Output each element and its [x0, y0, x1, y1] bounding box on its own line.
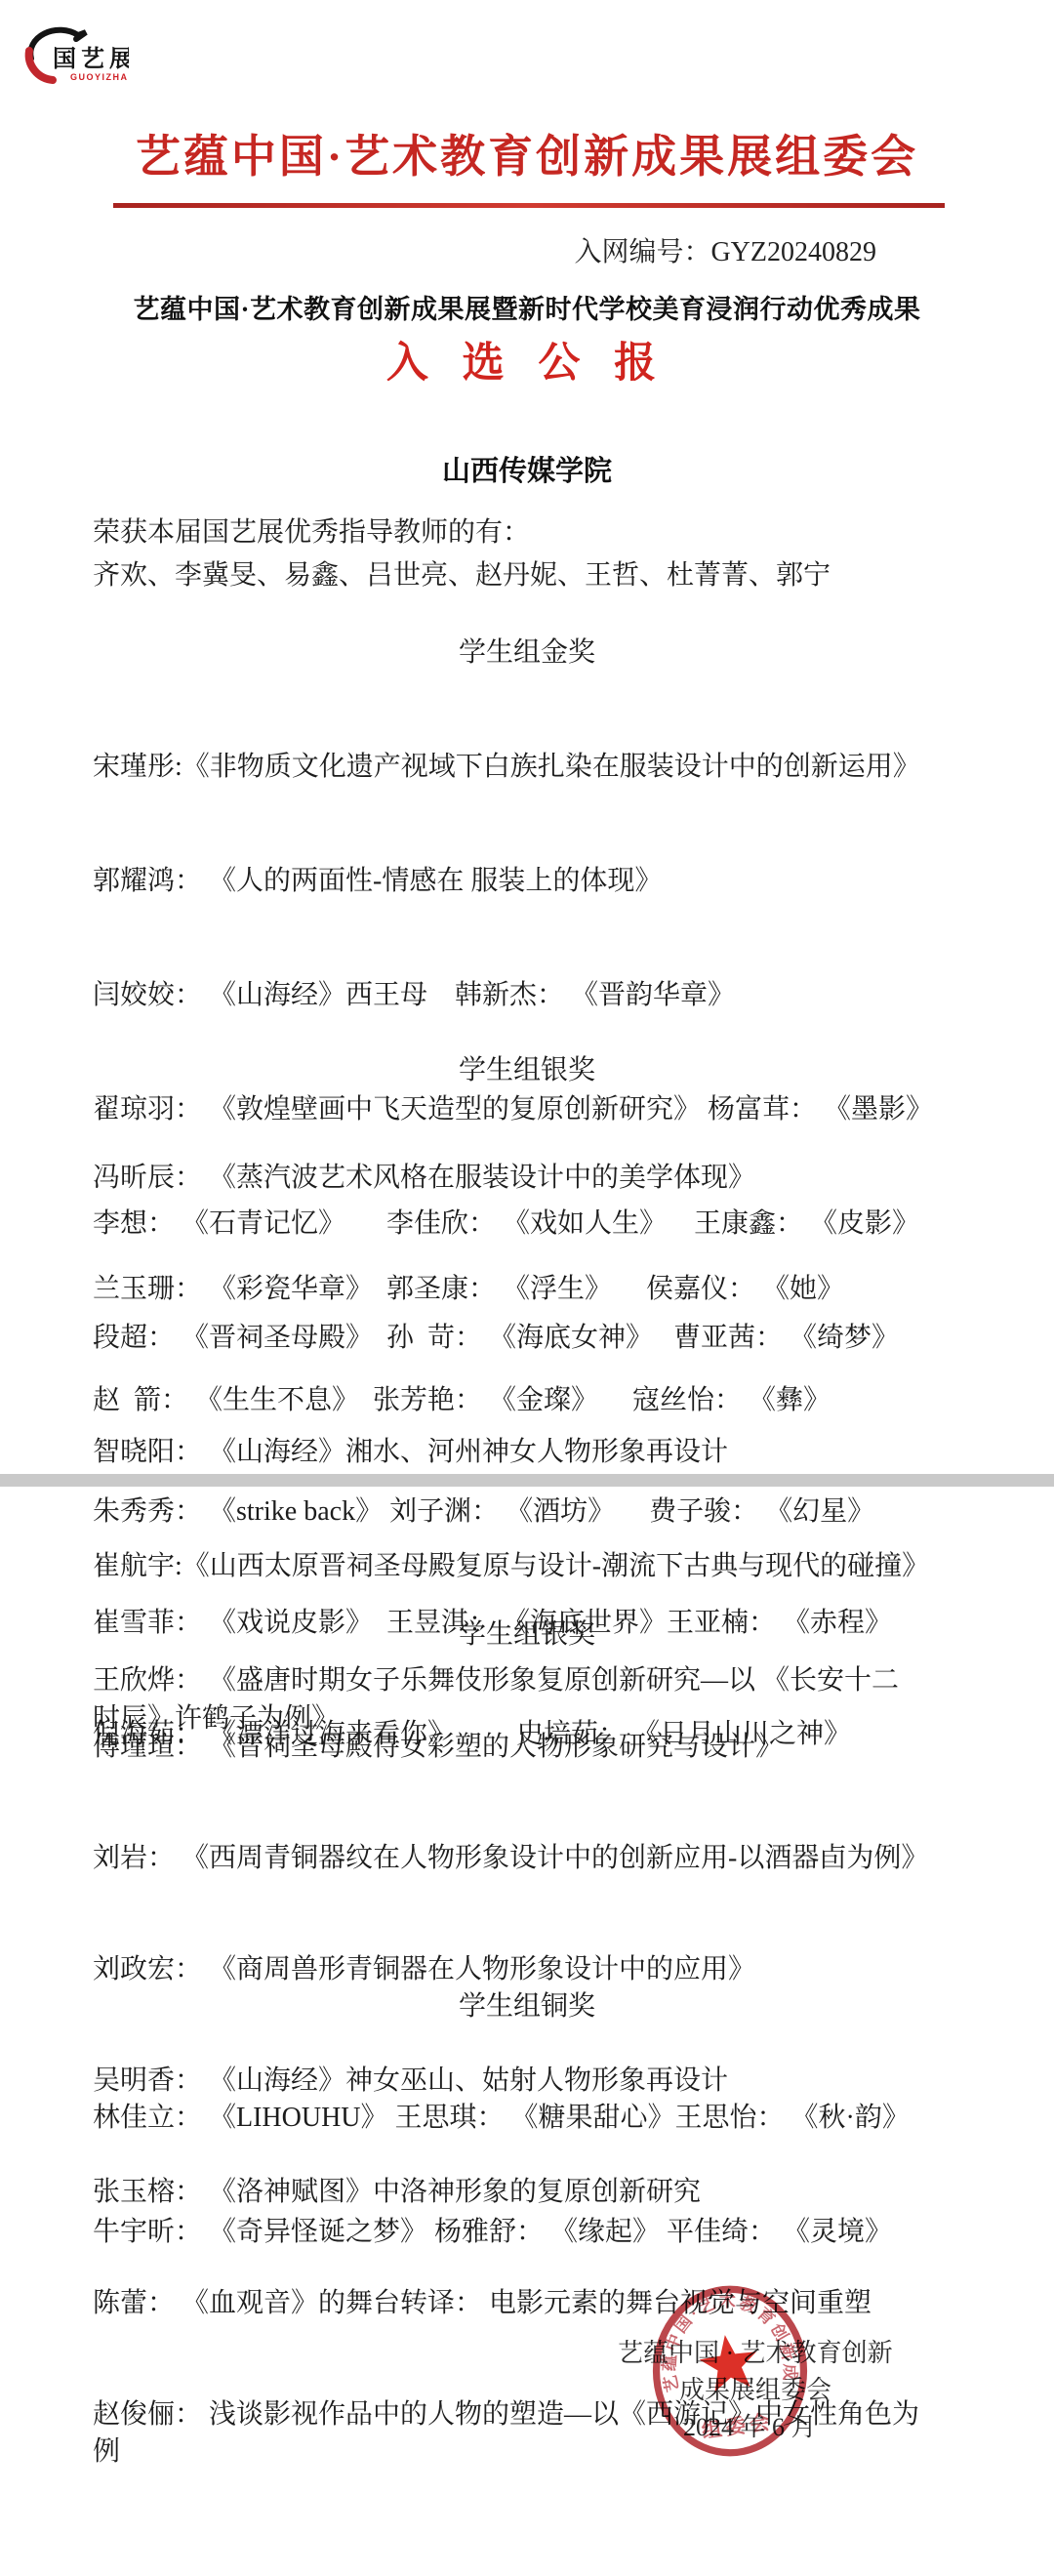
seal-icon: 艺蕴中国·艺术教育创新成果展 组委会	[649, 2282, 811, 2462]
award-line: 傅瑾瑄： 《晋祠圣母殿侍女彩塑的人物形象研究与设计》	[93, 1729, 995, 1766]
bronze-award-heading: 学生组铜奖	[0, 1984, 1054, 2024]
award-line: 刘岩： 《西周青铜器纹在人物形象设计中的创新应用-以酒器卣为例》	[93, 1840, 995, 1877]
silver-award-heading-page2: 学生组银奖	[0, 1613, 1054, 1652]
announcement-title: 入 选 公 报	[0, 330, 1054, 389]
school-name: 山西传媒学院	[0, 449, 1054, 489]
logo-red-arc	[29, 51, 53, 80]
award-line: 兰玉珊： 《彩瓷华章》 郭圣康： 《浮生》 侯嘉仪： 《她》	[93, 1271, 995, 1308]
registration-number: 入网编号：GYZ20240829	[574, 230, 876, 269]
document-subtitle: 艺蕴中国·艺术教育创新成果展暨新时代学校美育浸润行动优秀成果	[0, 288, 1054, 326]
award-line: 刘政宏： 《商周兽形青铜器在人物形象设计中的应用》	[93, 1951, 995, 1988]
seal-bottom-text: 组委会	[700, 2409, 775, 2442]
award-line: 郭耀鸿： 《人的两面性-情感在 服装上的体现》	[93, 862, 995, 900]
guoyizhan-logo: 国艺展 GUOYIZHAN	[21, 23, 129, 86]
logo-brush-icon: 国艺展 GUOYIZHAN	[21, 23, 129, 86]
logo-text: 国艺展	[53, 46, 129, 72]
gold-award-heading: 学生组金奖	[0, 631, 1054, 670]
seal-star-icon	[697, 2331, 761, 2393]
award-line: 宋瑾彤:《非物质文化遗产视域下白族扎染在服装设计中的创新运用》	[93, 748, 995, 786]
award-line: 牛宇昕： 《奇异怪诞之梦》 杨雅舒： 《缘起》 平佳绮： 《灵境》	[93, 2213, 995, 2251]
award-line: 林佳立： 《LIHOUHU》 王思琪： 《糖果甜心》王思怡： 《秋·韵》	[93, 2099, 995, 2137]
announcement-document: 国艺展 GUOYIZHAN 艺蕴中国·艺术教育创新成果展组委会 入网编号：GYZ…	[0, 0, 1054, 2576]
award-line: 赵 箭： 《生生不息》 张芳艳： 《金璨》 寇丝怡： 《彝》	[93, 1382, 995, 1419]
bronze-award-list: 林佳立： 《LIHOUHU》 王思琪： 《糖果甜心》王思怡： 《秋·韵》 牛宇昕…	[93, 2023, 995, 2327]
teacher-names: 齐欢、李冀旻、易鑫、吕世亮、赵丹妮、王哲、杜菁菁、郭宁	[93, 554, 961, 597]
red-divider-rule	[113, 203, 945, 208]
award-line: 朱秀秀： 《strike back》 刘子渊： 《酒坊》 费子骏： 《幻星》	[93, 1493, 995, 1531]
award-line: 闫姣姣： 《山海经》西王母 韩新杰： 《晋韵华章》	[93, 976, 995, 1014]
silver-award-heading: 学生组银奖	[0, 1048, 1054, 1087]
logo-subtext: GUOYIZHAN	[70, 72, 129, 82]
official-seal: 艺蕴中国·艺术教育创新成果展 组委会	[649, 2282, 811, 2462]
award-line: 赵俊俪： 浅谈影视作品中的人物的塑造—以《西游记》中女性角色为 例	[93, 2396, 995, 2471]
teacher-intro: 荣获本届国艺展优秀指导教师的有：	[93, 511, 961, 554]
organization-title: 艺蕴中国·艺术教育创新成果展组委会	[0, 121, 1054, 185]
award-line: 冯昕辰： 《蒸汽波艺术风格在服装设计中的美学体现》	[93, 1160, 995, 1197]
page-divider	[0, 1474, 1054, 1487]
